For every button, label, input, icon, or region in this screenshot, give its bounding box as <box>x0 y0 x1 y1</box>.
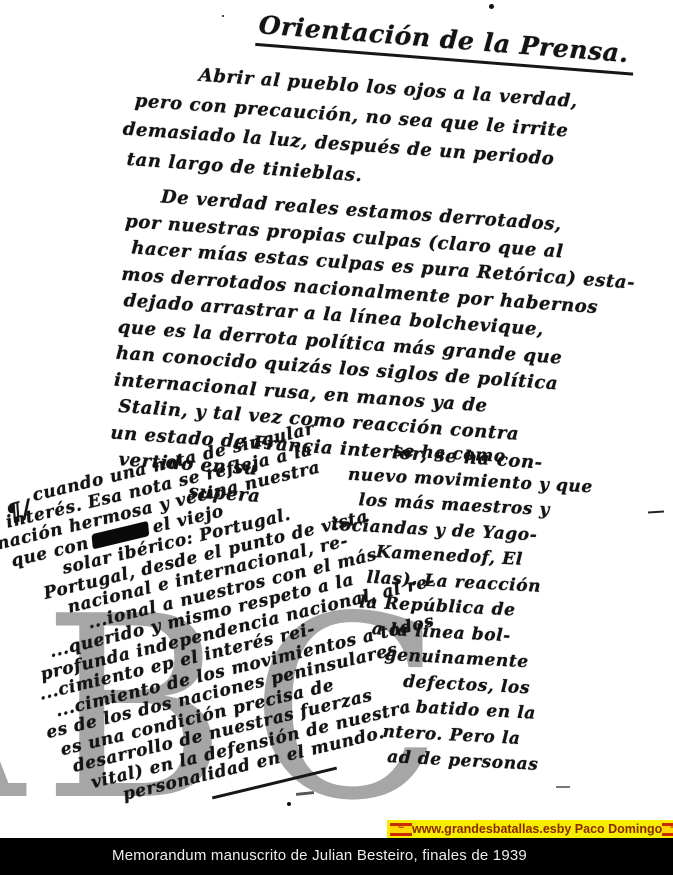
spain-flag-icon: ~ <box>390 823 412 836</box>
manuscript-title: Orientación de la Prensa. <box>255 10 636 76</box>
ink-speck <box>287 802 291 806</box>
scanned-manuscript-page: ABC Orientación de la Prensa. Abrir al p… <box>0 0 673 875</box>
banner-site-url: www.grandesbatallas.es <box>412 822 557 836</box>
banner-byline: by Paco Domingo <box>557 822 663 836</box>
caption-bar: Memorandum manuscrito de Julian Besteiro… <box>0 838 673 875</box>
ink-dash <box>648 510 664 513</box>
ink-speck <box>489 4 494 9</box>
page1-paragraph1: Abrir al pueblo los ojos a la verdad, pe… <box>124 56 591 206</box>
credit-banner: ~ www.grandesbatallas.es by Paco Domingo… <box>387 820 673 838</box>
spain-flag-icon: ~ <box>662 823 673 836</box>
ink-dash <box>556 786 570 788</box>
ink-speck <box>222 15 224 17</box>
caption-text: Memorandum manuscrito de Julian Besteiro… <box>112 847 527 864</box>
